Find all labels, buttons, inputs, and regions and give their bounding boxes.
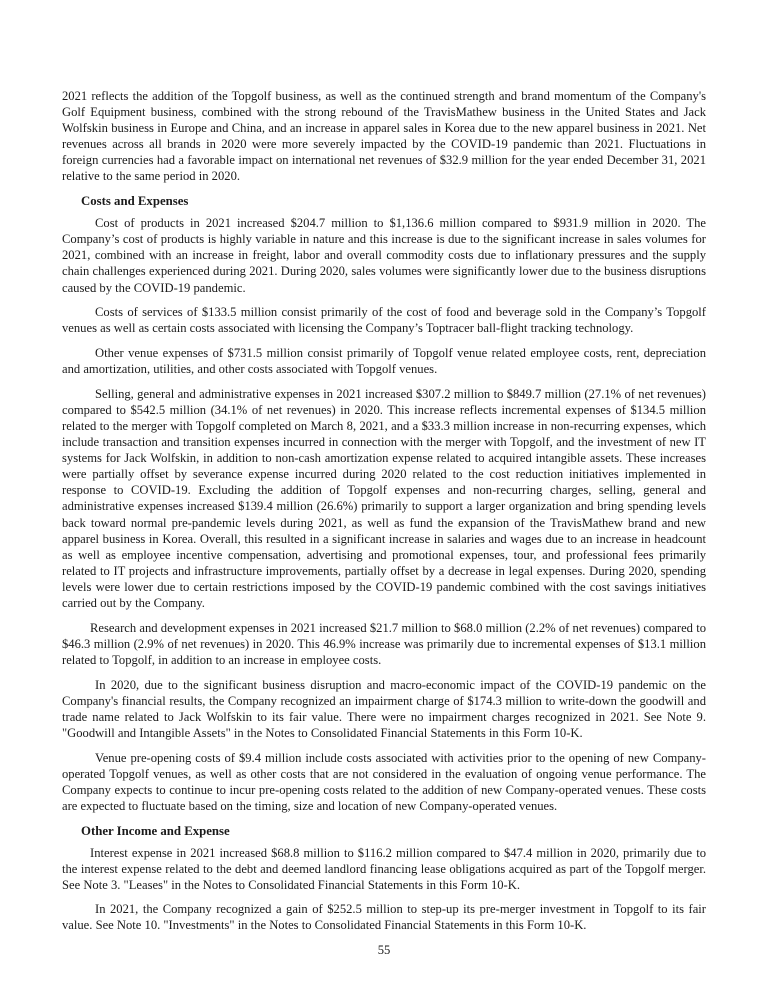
paragraph-interest-expense: Interest expense in 2021 increased $68.8…	[62, 845, 706, 893]
paragraph-other-venue-expenses: Other venue expenses of $731.5 million c…	[62, 345, 706, 377]
paragraph-costs-of-services: Costs of services of $133.5 million cons…	[62, 304, 706, 336]
paragraph-cost-of-products: Cost of products in 2021 increased $204.…	[62, 215, 706, 295]
paragraph-net-revenues-continued: 2021 reflects the addition of the Topgol…	[62, 88, 706, 185]
paragraph-impairment: In 2020, due to the significant business…	[62, 677, 706, 741]
heading-other-income-and-expense: Other Income and Expense	[62, 823, 706, 839]
paragraph-venue-pre-opening: Venue pre-opening costs of $9.4 million …	[62, 750, 706, 814]
paragraph-sga-expenses: Selling, general and administrative expe…	[62, 386, 706, 611]
page-number: 55	[0, 943, 768, 958]
heading-costs-and-expenses: Costs and Expenses	[62, 193, 706, 209]
paragraph-investment-gain: In 2021, the Company recognized a gain o…	[62, 901, 706, 933]
paragraph-research-development: Research and development expenses in 202…	[62, 620, 706, 668]
document-page: 2021 reflects the addition of the Topgol…	[62, 88, 706, 942]
